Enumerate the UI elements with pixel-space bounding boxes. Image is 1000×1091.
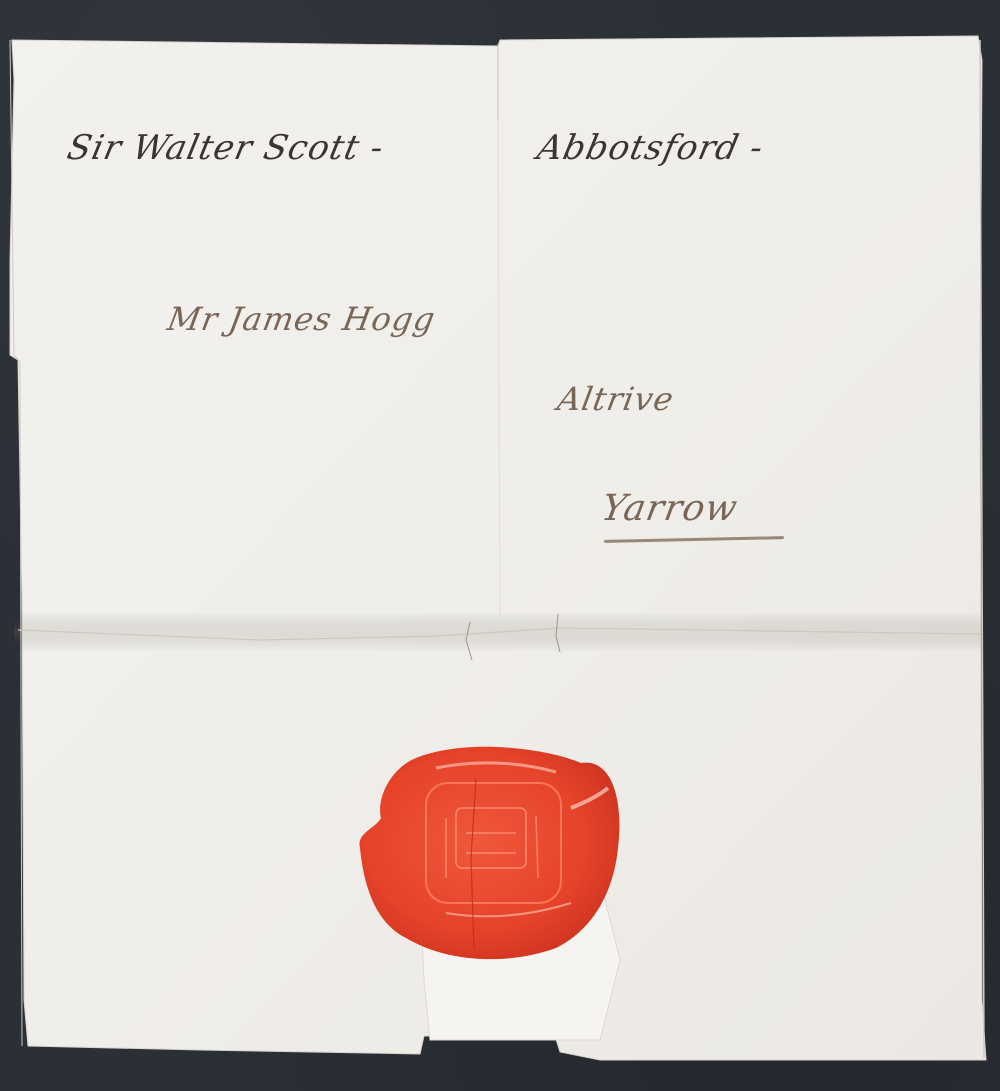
address-line-2-text: Yarrow bbox=[598, 488, 741, 529]
folded-letter: Sir Walter Scott - Abbotsford - Mr James… bbox=[0, 0, 1000, 1091]
address-line-1-text: Altrive bbox=[555, 380, 677, 418]
sender-place-text: Abbotsford - bbox=[534, 128, 768, 168]
sender-name-text: Sir Walter Scott - bbox=[64, 128, 388, 168]
recipient-name-text: Mr James Hogg bbox=[165, 300, 439, 338]
wax-seal-icon bbox=[356, 738, 626, 968]
